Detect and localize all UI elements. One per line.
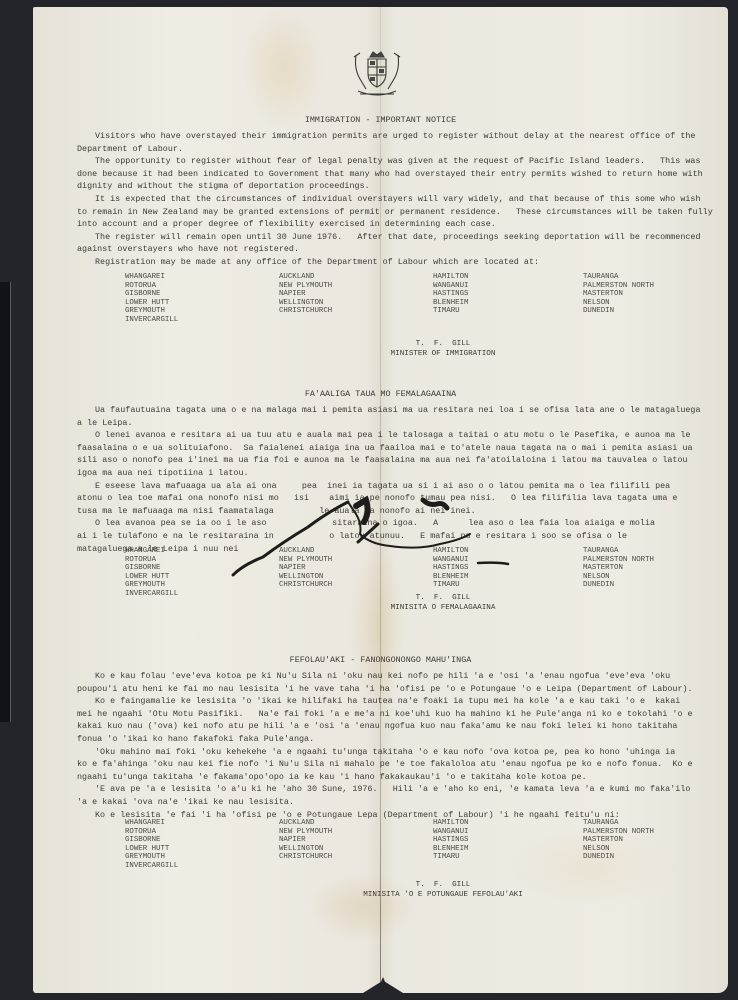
office-city: WANGANUI xyxy=(433,556,583,565)
office-city: NAPIER xyxy=(279,290,433,299)
notice-document: IMMIGRATION - IMPORTANT NOTICEVisitors w… xyxy=(33,7,728,993)
paragraph-line: kakai kuo nau ('ova) kei nofo atu pe hil… xyxy=(77,720,677,733)
office-column: TAURANGAPALMERSTON NORTHMASTERTONNELSOND… xyxy=(583,819,723,871)
office-city: WELLINGTON xyxy=(279,845,433,854)
signatory-title: MINISITA 'O E POTUNGAUE FEFOLAU'AKI xyxy=(343,891,543,901)
office-city: BLENHEIM xyxy=(433,845,583,854)
office-city: NELSON xyxy=(583,573,723,582)
office-city: AUCKLAND xyxy=(279,547,433,556)
paragraph-line: poupou'i atu heni ke fai mo nau lesisita… xyxy=(77,683,693,696)
office-city: TAURANGA xyxy=(583,819,723,828)
paragraph-line: The register will remain open until 30 J… xyxy=(95,231,701,244)
paragraph-line: Ko e kau folau 'eve'eva kotoa pe ki Nu'u… xyxy=(95,670,670,683)
paragraph-line: against overstayers who have not registe… xyxy=(77,243,299,256)
office-city: INVERCARGILL xyxy=(125,316,279,325)
office-city: HASTINGS xyxy=(433,836,583,845)
office-city: CHRISTCHURCH xyxy=(279,581,433,590)
office-city: NEW PLYMOUTH xyxy=(279,828,433,837)
paragraph-line: fonua 'o 'ikai ko hano fakafoki faka Pul… xyxy=(77,733,314,746)
office-city: WHANGAREI xyxy=(125,819,279,828)
office-city: CHRISTCHURCH xyxy=(279,853,433,862)
office-city: WELLINGTON xyxy=(279,299,433,308)
office-city: WHANGAREI xyxy=(125,273,279,282)
office-city: TIMARU xyxy=(433,853,583,862)
signature-block: T. F. GILLMINISTER OF IMMIGRATION xyxy=(343,340,543,359)
paragraph-line: to remain in New Zealand may be granted … xyxy=(77,206,713,219)
office-locations: WHANGAREIROTORUAGISBORNELOWER HUTTGREYMO… xyxy=(125,273,685,325)
signatory-title: MINISITA O FEMALAGAAINA xyxy=(343,604,543,614)
office-city: NEW PLYMOUTH xyxy=(279,556,433,565)
section-heading: IMMIGRATION - IMPORTANT NOTICE xyxy=(33,114,728,127)
office-locations: WHANGAREIROTORUAGISBORNELOWER HUTTGREYMO… xyxy=(125,819,685,871)
paragraph-line: sili aso o nonofo pea i'inei ma ua fia f… xyxy=(77,454,688,467)
office-column: HAMILTONWANGANUIHASTINGSBLENHEIMTIMARU xyxy=(433,273,583,325)
paragraph-line: igoa ma aua nei tipotiina i latou. xyxy=(77,467,249,480)
office-city: TAURANGA xyxy=(583,273,723,282)
paragraph-line: atonu o lea toe mafai ona nonofo nisi mo… xyxy=(77,492,677,505)
office-city: WANGANUI xyxy=(433,282,583,291)
paragraph-line: 'E ava pe 'a e lesisita 'o a'u ki he 'ah… xyxy=(95,783,690,796)
office-city: PALMERSTON NORTH xyxy=(583,282,723,291)
paragraph-line: O lea avanoa pea se ia oo i le aso sitar… xyxy=(95,517,655,530)
signature-block: T. F. GILLMINISITA O FEMALAGAAINA xyxy=(343,594,543,613)
office-city: DUNEDIN xyxy=(583,853,723,862)
signatory-name: T. F. GILL xyxy=(343,881,543,891)
office-city: WELLINGTON xyxy=(279,573,433,582)
office-column: AUCKLANDNEW PLYMOUTHNAPIERWELLINGTONCHRI… xyxy=(279,819,433,871)
office-city: GREYMOUTH xyxy=(125,853,279,862)
paragraph-line: dignity and without the stigma of deport… xyxy=(77,180,370,193)
nz-coat-of-arms-icon xyxy=(348,47,406,99)
paragraph-line: ko e fa'ahinga 'oku nau kei fie nofo 'i … xyxy=(77,758,693,771)
paragraph-line: into account and a proper degree of flex… xyxy=(77,218,496,231)
section-heading: FEFOLAU'AKI - FANONGONONGO MAHU'INGA xyxy=(33,654,728,667)
office-city: HAMILTON xyxy=(433,273,583,282)
office-city: INVERCARGILL xyxy=(125,862,279,871)
office-city: NAPIER xyxy=(279,836,433,845)
office-city: GISBORNE xyxy=(125,564,279,573)
paragraph-line: Ko e faingamalie ke lesisita 'o 'ikai ke… xyxy=(95,695,680,708)
paragraph-line: E eseese lava mafuaaga ua ala ai ona pea… xyxy=(95,480,670,493)
office-city: NELSON xyxy=(583,845,723,854)
paragraph-line: 'a e kakai 'ova na'e 'ikai ke nau lesisi… xyxy=(77,796,294,809)
office-city: CHRISTCHURCH xyxy=(279,307,433,316)
office-city: WHANGAREI xyxy=(125,547,279,556)
signatory-title: MINISTER OF IMMIGRATION xyxy=(343,350,543,360)
office-city: GISBORNE xyxy=(125,290,279,299)
office-city: NELSON xyxy=(583,299,723,308)
office-city: TAURANGA xyxy=(583,547,723,556)
paragraph-line: ai i le tulafono e na le resitaraina in … xyxy=(77,530,627,543)
office-column: TAURANGAPALMERSTON NORTHMASTERTONNELSOND… xyxy=(583,547,723,599)
office-city: ROTORUA xyxy=(125,828,279,837)
office-column: HAMILTONWANGANUIHASTINGSBLENHEIMTIMARU xyxy=(433,547,583,599)
office-column: AUCKLANDNEW PLYMOUTHNAPIERWELLINGTONCHRI… xyxy=(279,273,433,325)
office-city: DUNEDIN xyxy=(583,307,723,316)
office-city: PALMERSTON NORTH xyxy=(583,828,723,837)
office-city: LOWER HUTT xyxy=(125,573,279,582)
office-city: NEW PLYMOUTH xyxy=(279,282,433,291)
office-city: LOWER HUTT xyxy=(125,845,279,854)
office-city: BLENHEIM xyxy=(433,299,583,308)
office-city: INVERCARGILL xyxy=(125,590,279,599)
office-city: WANGANUI xyxy=(433,828,583,837)
paragraph-line: Visitors who have overstayed their immig… xyxy=(95,130,695,143)
paragraph-line: mei he ngaahi 'Otu Motu Pasifiki. Na'e f… xyxy=(77,708,693,721)
office-city: PALMERSTON NORTH xyxy=(583,556,723,565)
paragraph-line: O lenei avanoa e resitara ai ua tuu atu … xyxy=(95,429,690,442)
office-city: NAPIER xyxy=(279,564,433,573)
background-frame-edge xyxy=(0,282,11,722)
paragraph-line: a le Leipa. xyxy=(77,417,133,430)
office-column: WHANGAREIROTORUAGISBORNELOWER HUTTGREYMO… xyxy=(125,273,279,325)
office-city: TIMARU xyxy=(433,307,583,316)
paper-tear xyxy=(363,977,403,993)
office-city: BLENHEIM xyxy=(433,573,583,582)
signatory-name: T. F. GILL xyxy=(343,594,543,604)
office-column: TAURANGAPALMERSTON NORTHMASTERTONNELSOND… xyxy=(583,273,723,325)
paragraph-line: Registration may be made at any office o… xyxy=(95,256,539,269)
office-city: ROTORUA xyxy=(125,282,279,291)
paragraph-line: faasalaina o e ua solituiafono. Sa faial… xyxy=(77,442,693,455)
office-city: GREYMOUTH xyxy=(125,581,279,590)
office-city: HASTINGS xyxy=(433,564,583,573)
office-city: LOWER HUTT xyxy=(125,299,279,308)
office-city: MASTERTON xyxy=(583,836,723,845)
office-city: HAMILTON xyxy=(433,819,583,828)
office-city: ROTORUA xyxy=(125,556,279,565)
office-locations: WHANGAREIROTORUAGISBORNELOWER HUTTGREYMO… xyxy=(125,547,685,599)
office-city: GREYMOUTH xyxy=(125,307,279,316)
section-heading: FA'AALIGA TAUA MO FEMALAGAAINA xyxy=(33,388,728,401)
paragraph-line: It is expected that the circumstances of… xyxy=(95,193,701,206)
office-city: AUCKLAND xyxy=(279,819,433,828)
paragraph-line: done because it had been indicated to Go… xyxy=(77,168,703,181)
office-column: WHANGAREIROTORUAGISBORNELOWER HUTTGREYMO… xyxy=(125,547,279,599)
signature-block: T. F. GILLMINISITA 'O E POTUNGAUE FEFOLA… xyxy=(343,881,543,900)
office-column: AUCKLANDNEW PLYMOUTHNAPIERWELLINGTONCHRI… xyxy=(279,547,433,599)
office-city: MASTERTON xyxy=(583,290,723,299)
office-city: MASTERTON xyxy=(583,564,723,573)
signatory-name: T. F. GILL xyxy=(343,340,543,350)
paragraph-line: The opportunity to register without fear… xyxy=(95,155,701,168)
paragraph-line: tusa ma le mafuaaga ma nisi faamatalaga … xyxy=(77,505,476,518)
office-city: GISBORNE xyxy=(125,836,279,845)
paragraph-line: ngaahi tu'unga takitaha 'e fakama'opo'op… xyxy=(77,771,587,784)
office-city: AUCKLAND xyxy=(279,273,433,282)
office-city: HASTINGS xyxy=(433,290,583,299)
office-city: TIMARU xyxy=(433,581,583,590)
paragraph-line: Department of Labour. xyxy=(77,143,183,156)
paragraph-line: 'Oku mahino mai foki 'oku kehekehe 'a e … xyxy=(95,746,675,759)
paragraph-line: Ua faufautuaina tagata uma o e na malaga… xyxy=(95,404,701,417)
office-city: DUNEDIN xyxy=(583,581,723,590)
office-city: HAMILTON xyxy=(433,547,583,556)
office-column: WHANGAREIROTORUAGISBORNELOWER HUTTGREYMO… xyxy=(125,819,279,871)
office-column: HAMILTONWANGANUIHASTINGSBLENHEIMTIMARU xyxy=(433,819,583,871)
